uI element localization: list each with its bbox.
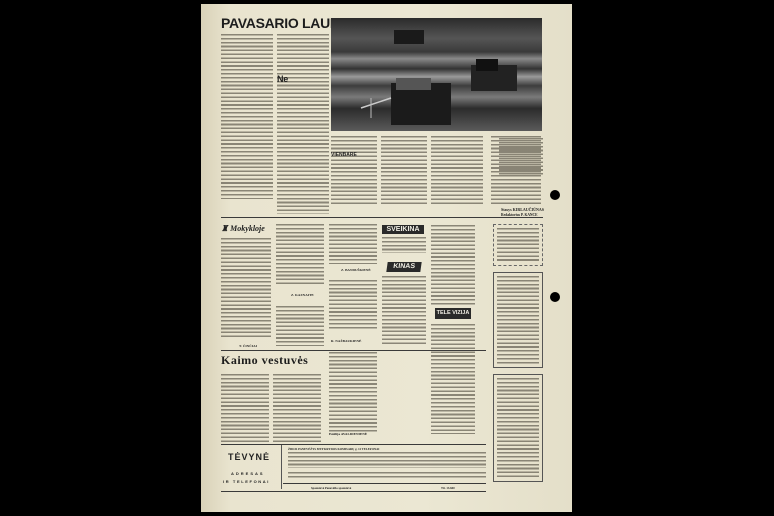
- article-column: [276, 224, 324, 284]
- hole-punch: [550, 190, 560, 200]
- byline: Z. BANDUŠKIENĖ: [341, 268, 371, 272]
- divider: [221, 444, 486, 445]
- article-column: [276, 306, 324, 346]
- publisher-text: [288, 472, 486, 480]
- condolence-notice: [493, 224, 543, 266]
- address-label: ADRESAS: [231, 471, 265, 476]
- cooperative-notice: [493, 272, 543, 368]
- cinema-listings: [382, 276, 426, 346]
- drop-cap: Ne: [277, 74, 288, 84]
- drop-cap: VIENBARE: [331, 152, 357, 158]
- school-icon: ♜: [221, 224, 228, 233]
- article-column: [329, 224, 377, 264]
- divider: [221, 350, 486, 351]
- byline: Z. KAZNAITE: [291, 293, 314, 297]
- byline: T. ČINČIAI: [239, 344, 257, 348]
- article-column: [221, 34, 273, 199]
- hole-punch: [550, 292, 560, 302]
- article-column: [331, 136, 377, 206]
- article-column: [499, 138, 543, 176]
- greeting-heading: SVEIKINA: [382, 225, 424, 234]
- byline: Emilija AVALDIENIENĖ: [329, 432, 367, 436]
- tv-listings: [431, 324, 475, 434]
- contacts-text: [288, 452, 486, 468]
- order-number: Tir. 13.600: [441, 486, 455, 490]
- article-column: [381, 136, 427, 206]
- article-column: [277, 34, 329, 214]
- byline: R. NAŽBAUKIENĖ: [331, 339, 361, 343]
- contacts-title: ŽIDOS PANEVĖŽYS MTP KRYDOS KOMISARŲ g. 1…: [288, 447, 488, 451]
- management-notice: [493, 374, 543, 482]
- article-column: [329, 352, 377, 432]
- article-column: [329, 280, 377, 330]
- program-listings: [431, 225, 475, 305]
- imprint: Spaustuvė Panevėžio spaustuvė: [311, 486, 351, 490]
- article-column: [273, 374, 321, 442]
- divider: [221, 491, 486, 492]
- newspaper-page: PAVASARIO LAUKAS Ne VIENBARE Stasys KIRL…: [201, 4, 572, 512]
- tractor-illustration: [331, 18, 542, 131]
- wedding-headline: Kaimo vestuvės: [221, 353, 308, 368]
- divider: [283, 483, 486, 484]
- cinema-heading: KINAS: [386, 262, 421, 272]
- footer-divider: [281, 445, 282, 489]
- greeting-text: [382, 237, 426, 253]
- divider: [221, 217, 543, 218]
- section-title: Mokykloje: [230, 224, 265, 233]
- article-column: [221, 374, 269, 442]
- masthead-logo: TĖVYNĖ: [228, 452, 270, 462]
- section-heading: ♜ Mokykloje: [221, 224, 265, 233]
- tractor-photo: [331, 18, 542, 131]
- article-column: [431, 136, 483, 206]
- phone-label: IR TELEFONAI: [223, 479, 270, 484]
- byline: Stasys KIRLAUČIŪNAS: [501, 207, 544, 212]
- tv-heading: TELE VIZIJA: [435, 308, 471, 319]
- article-column: [221, 238, 271, 338]
